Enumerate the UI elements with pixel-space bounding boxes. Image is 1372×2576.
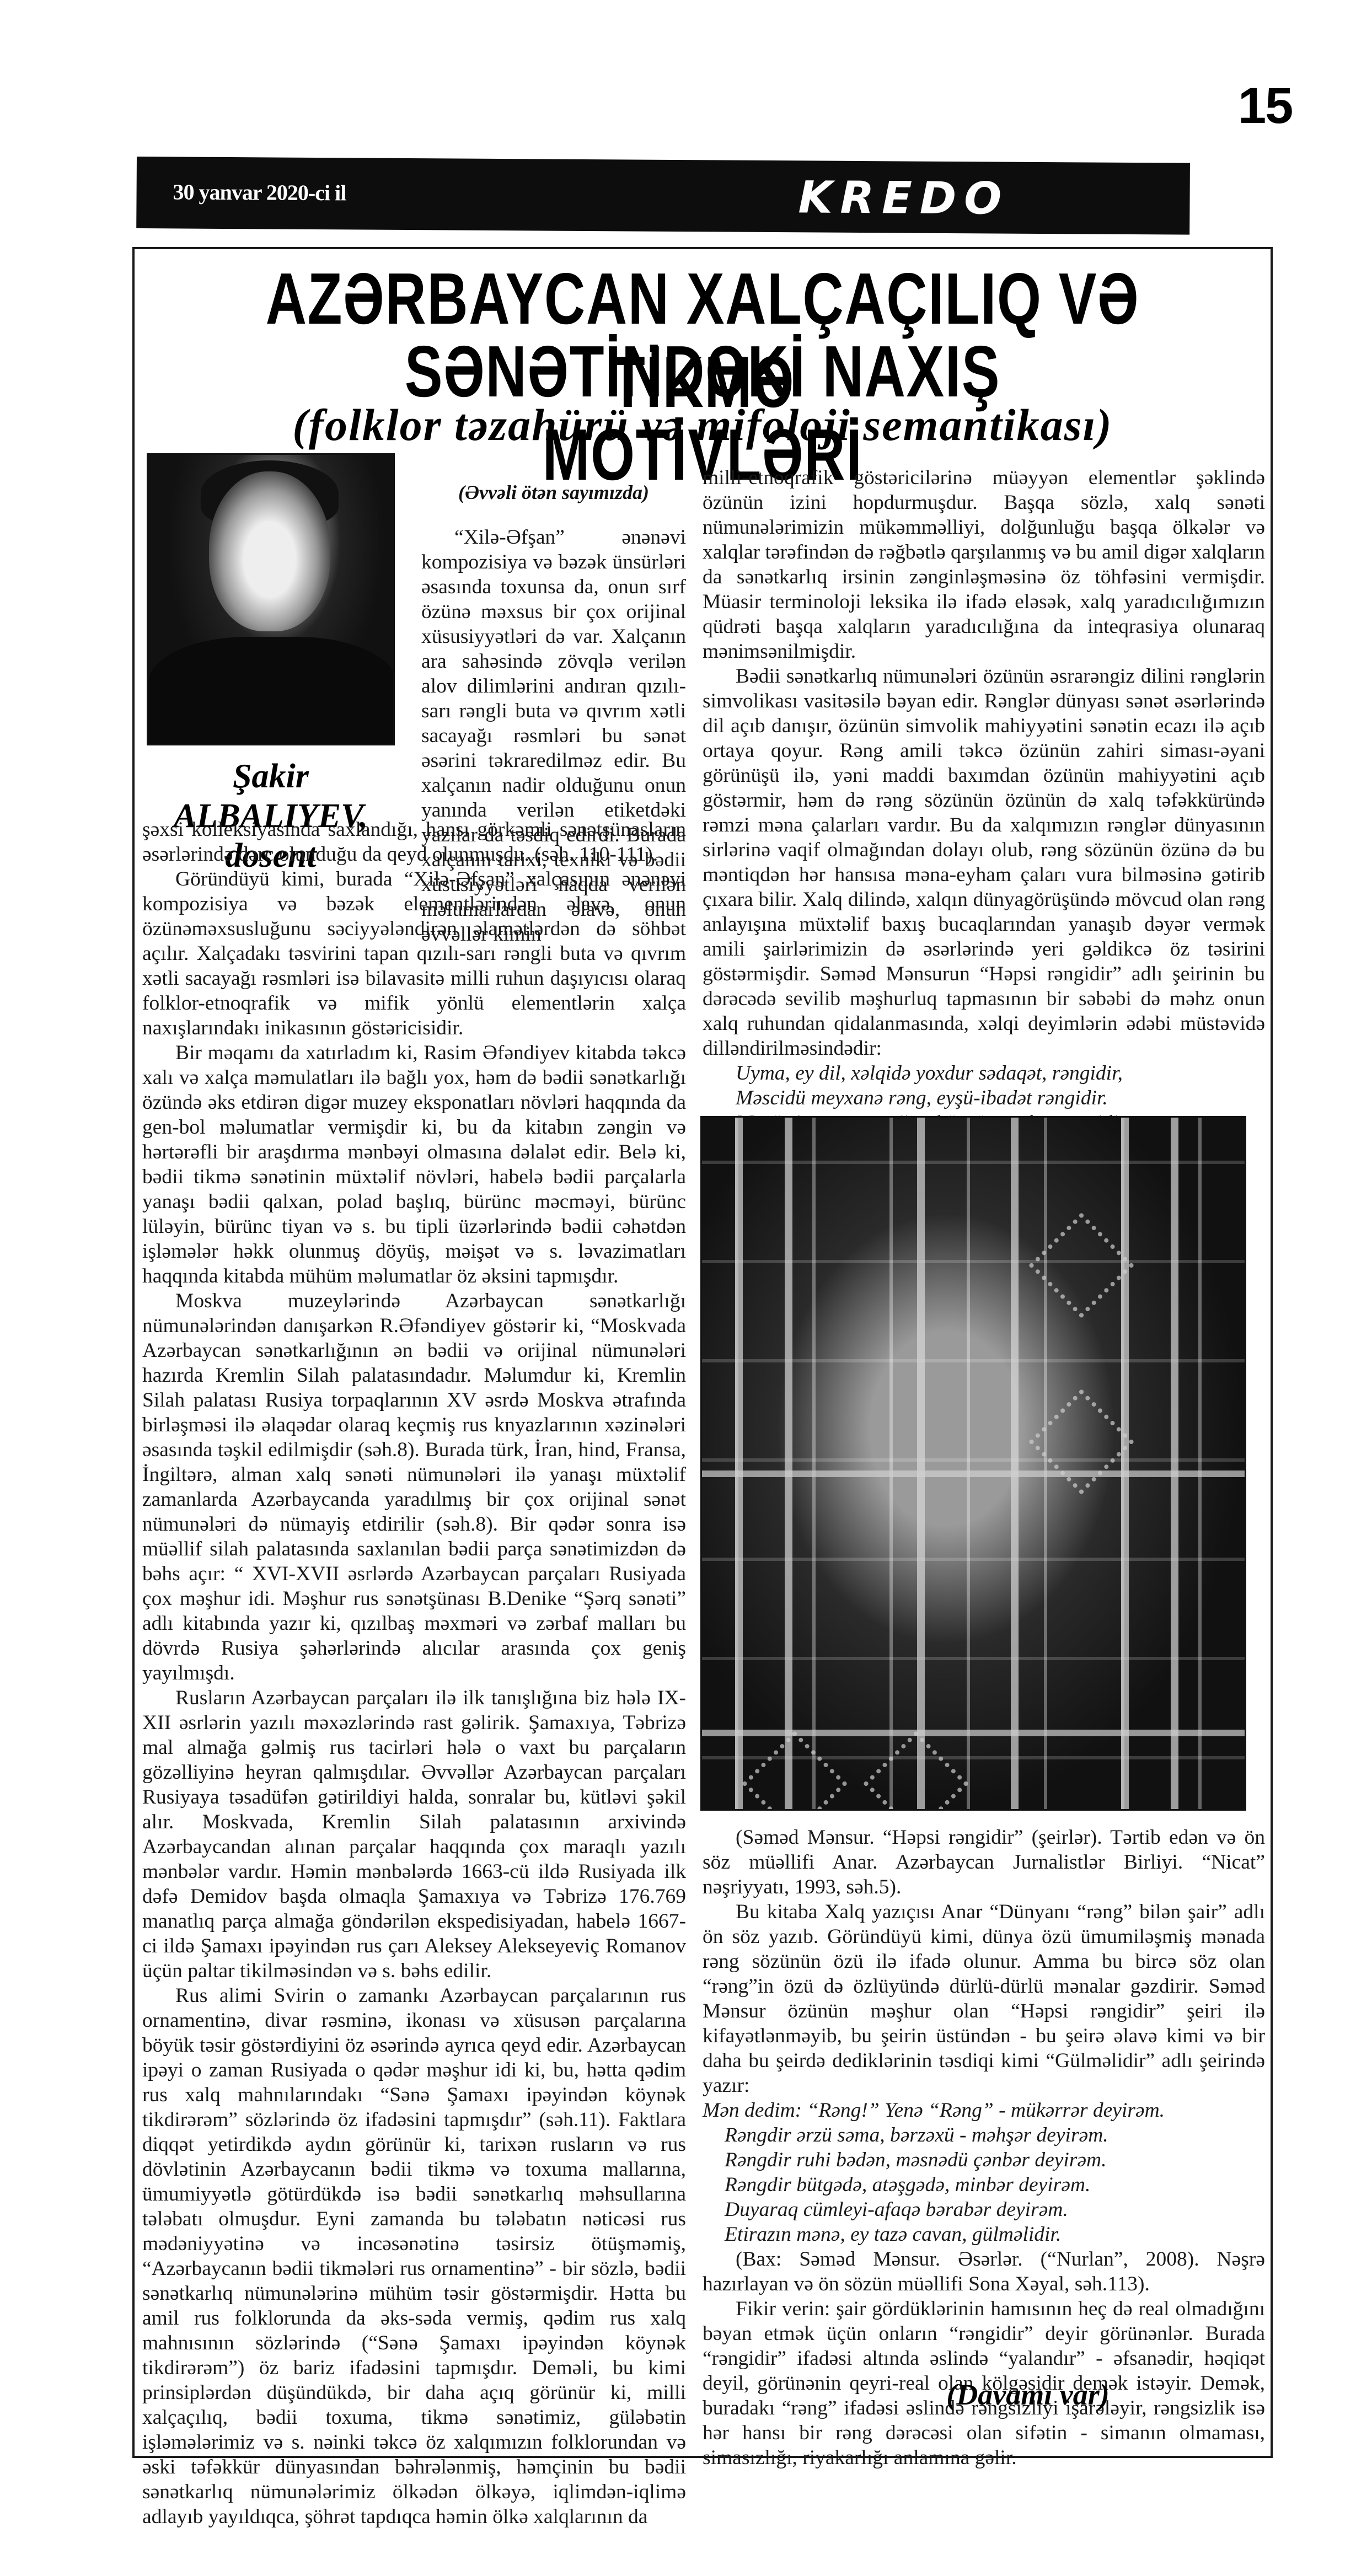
poem-quote-2: Mən dedim: “Rəng!” Yenə “Rəng” - mükərrə…	[703, 2098, 1265, 2247]
poem-line: Uyma, ey dil, xəlqidə yoxdur sədaqət, rə…	[703, 1061, 1265, 1086]
subheadline: (folklor təzahürü və mifoloji semantikas…	[135, 399, 1271, 451]
photo-body-shape	[148, 637, 395, 745]
carpet-border-stripe	[1121, 1118, 1129, 1809]
article-frame: AZƏRBAYCAN XALÇAÇILIQ VƏ TİKMƏ SƏNƏTİNDƏ…	[132, 247, 1273, 2458]
paragraph: Moskva muzeylərində Azərbaycan sənətkarl…	[142, 1289, 686, 1686]
carpet-motif	[863, 1731, 969, 1811]
poem-line: Etirazın mənə, ey tazə cavan, gülməlidir…	[703, 2222, 1265, 2247]
carpet-motif	[1028, 1389, 1134, 1495]
newspaper-masthead: 30 yanvar 2020-ci il KREDO	[136, 157, 1190, 235]
author-photo	[147, 453, 395, 745]
issue-date: 30 yanvar 2020-ci il	[173, 179, 346, 206]
poem-line: Rəngdir bütgədə, atəşgədə, minbər deyirə…	[703, 2172, 1265, 2197]
carpet-border-stripe	[1171, 1118, 1178, 1809]
page-number: 15	[1238, 77, 1292, 135]
paragraph: milli-etnoqrafik göstəricilərinə müəyyən…	[703, 465, 1265, 664]
poem-line: Duyaraq cümleyi-afaqə bərabər deyirəm.	[703, 2197, 1265, 2222]
left-column-main: şəxsi kolleksiyasında saxlandığı, hansı …	[142, 817, 686, 2529]
poem-line: Rəngdir ruhi bədən, məsnədü çənbər deyir…	[703, 2148, 1265, 2172]
paragraph: Rus alimi Svirin o zamankı Azərbaycan pa…	[142, 1983, 686, 2529]
right-column-bottom: (Səməd Mənsur. “Həpsi rəngidir” (şeirlər…	[703, 1825, 1265, 2470]
paragraph: Bədii sənətkarlıq nümunələri özünün əsra…	[703, 664, 1265, 1061]
publication-logo: KREDO	[798, 171, 1009, 224]
paragraph: Göründüyü kimi, burada “Xilə-Əfşan” xalç…	[142, 867, 686, 1040]
carpet-motif	[742, 1731, 848, 1811]
image-caption: (Səməd Mənsur. “Həpsi rəngidir” (şeirlər…	[703, 1825, 1265, 1899]
poem-line: Mən dedim: “Rəng!” Yenə “Rəng” - mükərrə…	[703, 2098, 1265, 2123]
paragraph: Bu kitaba Xalq yazıçısı Anar “Dünyanı “r…	[703, 1899, 1265, 2098]
carpet-border-stripe	[702, 1730, 1245, 1736]
carpet-border-stripe	[702, 1471, 1245, 1477]
poem-line: Məscidü meyxanə rəng, eyşü-ibadət rəngid…	[703, 1086, 1265, 1110]
photo-face-shape	[209, 471, 330, 631]
paragraph: şəxsi kolleksiyasında saxlandığı, hansı …	[142, 817, 686, 867]
carpet-motif	[1028, 1212, 1134, 1318]
poem-line: Rəngdir ərzü səma, bərzəxü - məhşər deyi…	[703, 2123, 1265, 2148]
paragraph: Bir məqamı da xatırladım ki, Rasim Əfənd…	[142, 1040, 686, 1289]
paragraph: Rusların Azərbaycan parçaları ilə ilk ta…	[142, 1686, 686, 1983]
continued-note: (Əvvəli ötən sayımızda)	[421, 481, 686, 504]
carpet-border-stripe	[785, 1118, 792, 1809]
carpet-border-stripe	[735, 1118, 743, 1809]
right-column-top: milli-etnoqrafik göstəricilərinə müəyyən…	[703, 465, 1265, 1185]
carpet-border-stripe	[1011, 1118, 1019, 1809]
to-be-continued: (Davamı var)	[896, 2378, 1160, 2412]
citation: (Bax: Səməd Mənsur. Əsərlər. (“Nurlan”, …	[703, 2247, 1265, 2296]
carpet-photo	[700, 1116, 1246, 1811]
carpet-border-stripe	[917, 1118, 925, 1809]
